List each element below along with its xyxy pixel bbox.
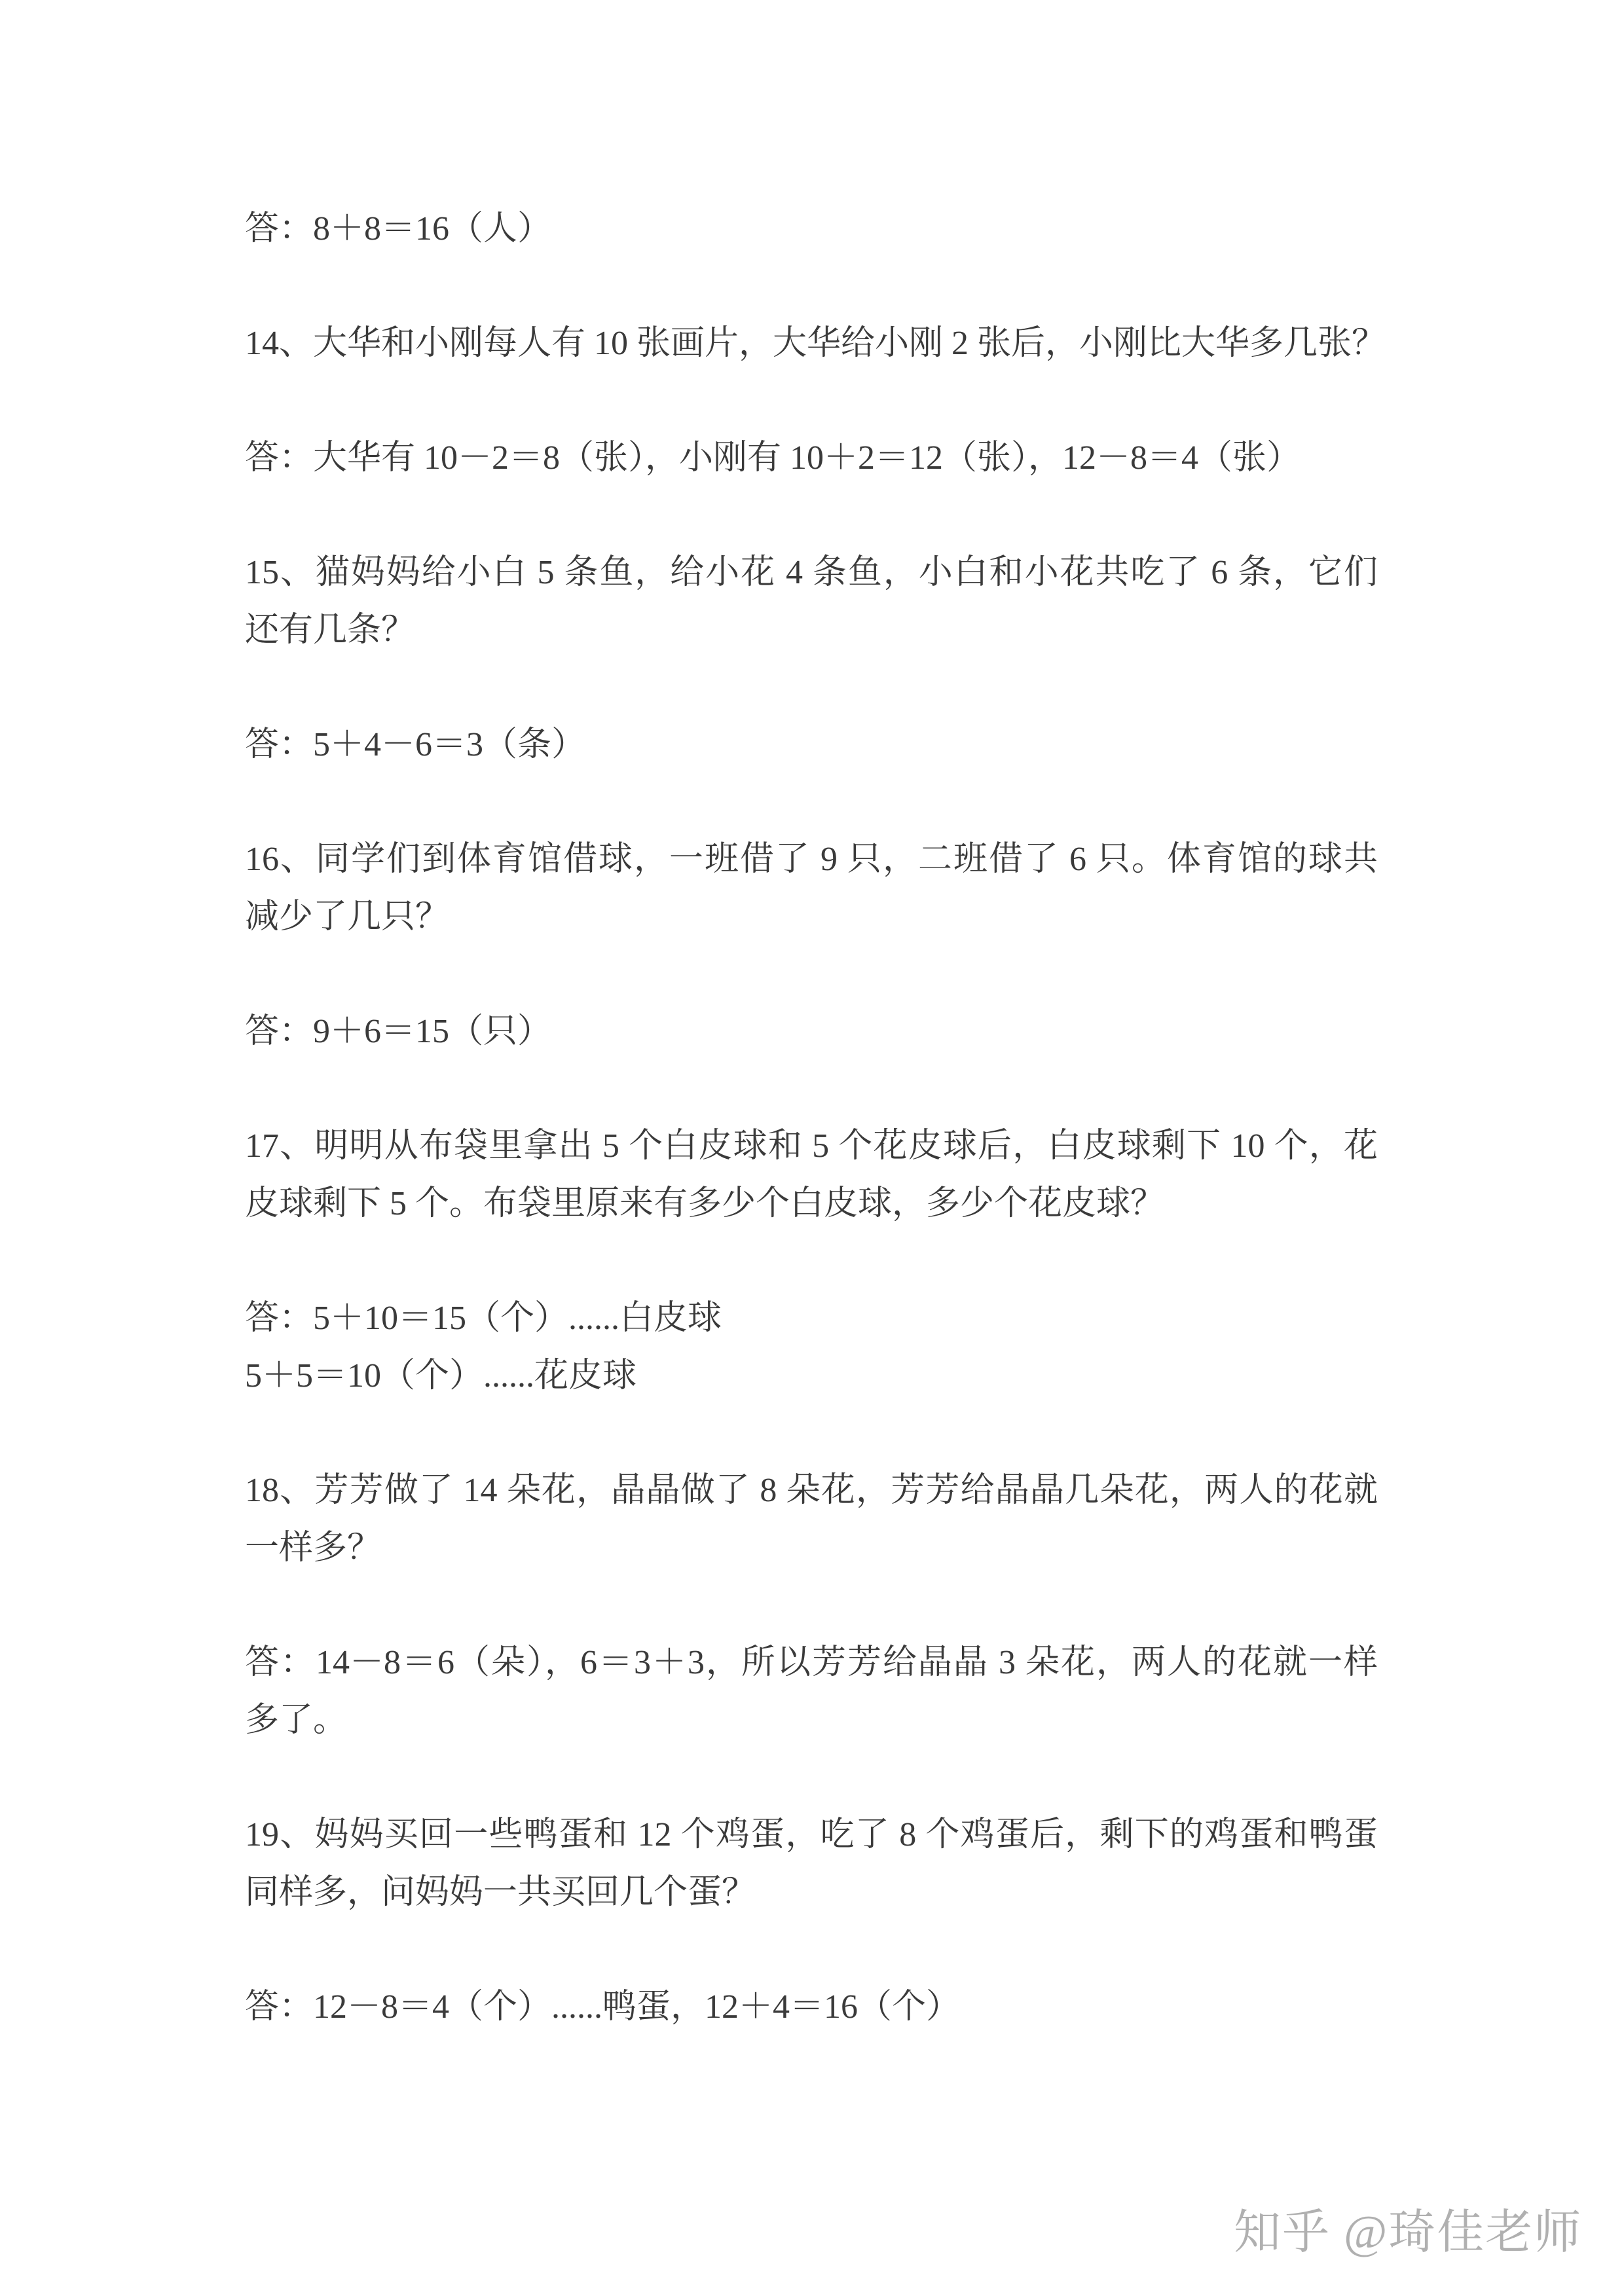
answer-15-line-0: 答：5＋4－6＝3（条） bbox=[245, 716, 1378, 774]
question-14-line-0: 14、大华和小刚每人有 10 张画片，大华给小刚 2 张后，小刚比大华多几张？ bbox=[245, 315, 1378, 373]
paragraph-answer-15: 答：5＋4－6＝3（条） bbox=[245, 716, 1378, 774]
paragraph-question-15: 15、猫妈妈给小白 5 条鱼，给小花 4 条鱼，小白和小花共吃了 6 条，它们 … bbox=[245, 544, 1378, 659]
question-18-line-1: 一样多？ bbox=[245, 1520, 1378, 1577]
question-19-line-1: 同样多，问妈妈一共买回几个蛋？ bbox=[245, 1864, 1378, 1922]
question-18-line-0: 18、芳芳做了 14 朵花，晶晶做了 8 朵花，芳芳给晶晶几朵花，两人的花就 bbox=[245, 1462, 1378, 1520]
paragraph-answer-14: 答：大华有 10－2＝8（张），小刚有 10＋2＝12（张），12－8＝4（张） bbox=[245, 429, 1378, 487]
answer-17-line-1: 5＋5＝10（个）......花皮球 bbox=[245, 1347, 1378, 1405]
question-17-line-1: 皮球剩下 5 个。布袋里原来有多少个白皮球，多少个花皮球？ bbox=[245, 1175, 1378, 1233]
paragraph-question-18: 18、芳芳做了 14 朵花，晶晶做了 8 朵花，芳芳给晶晶几朵花，两人的花就 一… bbox=[245, 1462, 1378, 1577]
paragraph-answer-19: 答：12－8＝4（个）......鸭蛋，12＋4＝16（个） bbox=[245, 1978, 1378, 2036]
paragraph-answer-18: 答：14－8＝6（朵），6＝3＋3，所以芳芳给晶晶 3 朵花，两人的花就一样 多… bbox=[245, 1634, 1378, 1749]
paragraph-question-16: 16、同学们到体育馆借球，一班借了 9 只，二班借了 6 只。体育馆的球共 减少… bbox=[245, 831, 1378, 946]
answer-14-line-0: 答：大华有 10－2＝8（张），小刚有 10＋2＝12（张），12－8＝4（张） bbox=[245, 429, 1378, 487]
question-19-line-0: 19、妈妈买回一些鸭蛋和 12 个鸡蛋，吃了 8 个鸡蛋后，剩下的鸡蛋和鸭蛋 bbox=[245, 1806, 1378, 1864]
paragraph-answer-16: 答：9＋6＝15（只） bbox=[245, 1003, 1378, 1061]
answer-17-line-0: 答：5＋10＝15（个）......白皮球 bbox=[245, 1290, 1378, 1347]
answer-19-line-0: 答：12－8＝4（个）......鸭蛋，12＋4＝16（个） bbox=[245, 1978, 1378, 2036]
answer-16-line-0: 答：9＋6＝15（只） bbox=[245, 1003, 1378, 1061]
question-16-line-0: 16、同学们到体育馆借球，一班借了 9 只，二班借了 6 只。体育馆的球共 bbox=[245, 831, 1378, 888]
answer-18-line-1: 多了。 bbox=[245, 1692, 1378, 1749]
question-17-line-0: 17、明明从布袋里拿出 5 个白皮球和 5 个花皮球后，白皮球剩下 10 个，花 bbox=[245, 1118, 1378, 1175]
question-15-line-1: 还有几条？ bbox=[245, 602, 1378, 659]
zhihu-watermark: 知乎 @琦佳老师 bbox=[1234, 2208, 1582, 2257]
worksheet-page: 答：8＋8＝16（人） 14、大华和小刚每人有 10 张画片，大华给小刚 2 张… bbox=[0, 0, 1624, 2296]
paragraph-answer-17: 答：5＋10＝15（个）......白皮球 5＋5＝10（个）......花皮球 bbox=[245, 1290, 1378, 1405]
paragraph-question-14: 14、大华和小刚每人有 10 张画片，大华给小刚 2 张后，小刚比大华多几张？ bbox=[245, 315, 1378, 373]
answer-13-line-0: 答：8＋8＝16（人） bbox=[245, 200, 1378, 258]
worksheet-content: 答：8＋8＝16（人） 14、大华和小刚每人有 10 张画片，大华给小刚 2 张… bbox=[245, 200, 1378, 2093]
paragraph-answer-13: 答：8＋8＝16（人） bbox=[245, 200, 1378, 258]
answer-18-line-0: 答：14－8＝6（朵），6＝3＋3，所以芳芳给晶晶 3 朵花，两人的花就一样 bbox=[245, 1634, 1378, 1692]
question-15-line-0: 15、猫妈妈给小白 5 条鱼，给小花 4 条鱼，小白和小花共吃了 6 条，它们 bbox=[245, 544, 1378, 602]
question-16-line-1: 减少了几只？ bbox=[245, 888, 1378, 946]
paragraph-question-17: 17、明明从布袋里拿出 5 个白皮球和 5 个花皮球后，白皮球剩下 10 个，花… bbox=[245, 1118, 1378, 1233]
paragraph-question-19: 19、妈妈买回一些鸭蛋和 12 个鸡蛋，吃了 8 个鸡蛋后，剩下的鸡蛋和鸭蛋 同… bbox=[245, 1806, 1378, 1922]
